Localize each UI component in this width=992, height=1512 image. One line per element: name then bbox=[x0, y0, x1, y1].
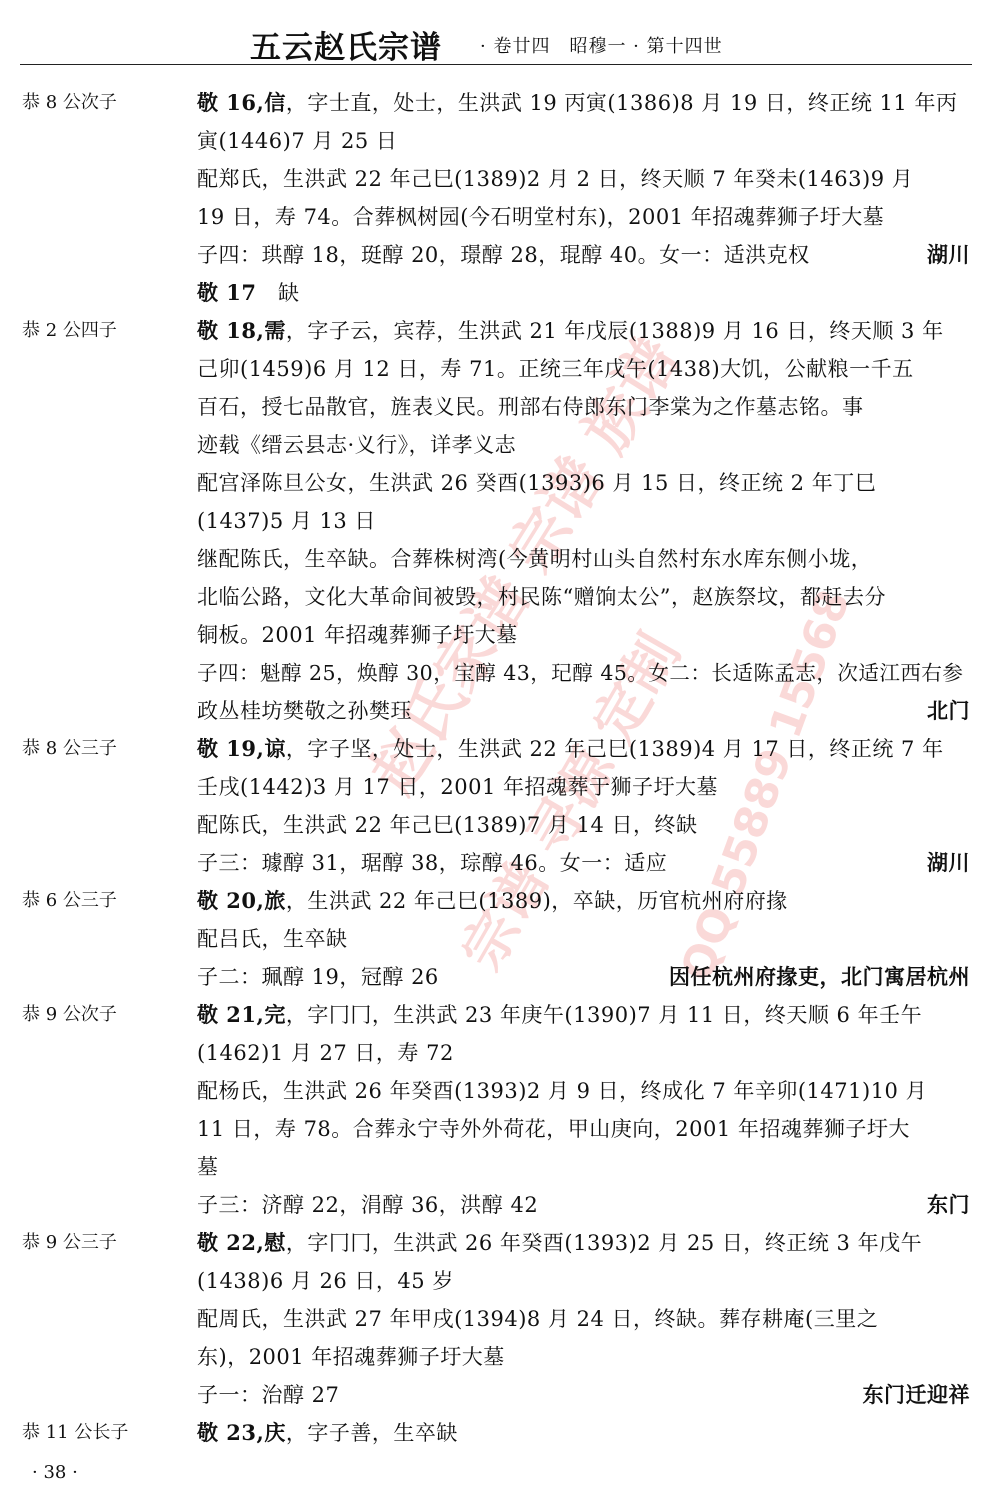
generation-number: 敬 22, bbox=[197, 1230, 264, 1255]
line-text: 继配陈氏，生卒缺。合葬株树湾(今黄明村山头自然村东水库东侧小垅， bbox=[197, 547, 872, 571]
entry-line: 政丛桂坊樊敬之孙樊珏北门 bbox=[197, 692, 970, 730]
line-text: 子四：魁醇 25，焕醇 30，宝醇 43，玘醇 45。女二：长适陈孟志，次适江西… bbox=[197, 661, 963, 685]
line-text: ，字冂冂，生洪武 23 年庚午(1390)7 月 11 日，终天顺 6 年壬午 bbox=[286, 1003, 922, 1027]
entry-line: 配郑氏，生洪武 22 年己巳(1389)2 月 2 日，终天顺 7 年癸未(14… bbox=[197, 160, 970, 198]
entry-line: 子三：璩醇 31，琚醇 38，琮醇 46。女一：适应湖川 bbox=[197, 844, 970, 882]
entry-line: 东)，2001 年招魂葬狮子圩大墓 bbox=[197, 1338, 970, 1376]
line-text: 配宫泽陈旦公女，生洪武 26 癸酉(1393)6 月 15 日，终正统 2 年丁… bbox=[197, 471, 876, 495]
generation-number: 敬 18, bbox=[197, 318, 264, 343]
genealogy-entry: 恭 9 公次子敬 21,完，字冂冂，生洪武 23 年庚午(1390)7 月 11… bbox=[0, 996, 992, 1224]
page-header: 五云赵氏宗谱 · 卷廿四 昭穆一 · 第十四世 bbox=[0, 18, 992, 64]
entry-line: 子三：济醇 22，涓醇 36，洪醇 42东门 bbox=[197, 1186, 970, 1224]
book-title: 五云赵氏宗谱 bbox=[250, 22, 442, 67]
line-text: ，字冂冂，生洪武 26 年癸酉(1393)2 月 25 日，终正统 3 年戊午 bbox=[286, 1231, 922, 1255]
person-name: 谅 bbox=[264, 736, 286, 761]
generation-number: 敬 17 bbox=[197, 280, 257, 305]
generation-number: 敬 21, bbox=[197, 1002, 264, 1027]
person-name: 庆 bbox=[264, 1420, 286, 1445]
person-name: 慰 bbox=[264, 1230, 286, 1255]
genealogy-entry: 恭 8 公次子敬 16,信，字士直，处士，生洪武 19 丙寅(1386)8 月 … bbox=[0, 84, 992, 274]
residence-label: 湖川 bbox=[927, 844, 970, 882]
entry-body: 敬 16,信，字士直，处士，生洪武 19 丙寅(1386)8 月 19 日，终正… bbox=[197, 84, 970, 274]
parent-label: 恭 2 公四子 bbox=[22, 312, 192, 350]
header-rule bbox=[20, 64, 972, 65]
line-text: 壬戌(1442)3 月 17 日，2001 年招魂葬于狮子圩大墓 bbox=[197, 775, 718, 799]
generation-number: 敬 20, bbox=[197, 888, 264, 913]
genealogy-entry: 恭 2 公四子敬 18,需，字子云，宾荐，生洪武 21 年戊辰(1388)9 月… bbox=[0, 312, 992, 730]
entry-line: 19 日，寿 74。合葬枫树园(今石明堂村东)，2001 年招魂葬狮子圩大墓 bbox=[197, 198, 970, 236]
line-text: 配郑氏，生洪武 22 年己巳(1389)2 月 2 日，终天顺 7 年癸未(14… bbox=[197, 167, 913, 191]
entry-body: 敬 21,完，字冂冂，生洪武 23 年庚午(1390)7 月 11 日，终天顺 … bbox=[197, 996, 970, 1224]
entry-line: 壬戌(1442)3 月 17 日，2001 年招魂葬于狮子圩大墓 bbox=[197, 768, 970, 806]
line-text: ，字子善，生卒缺 bbox=[286, 1421, 458, 1445]
residence-label: 湖川 bbox=[927, 236, 970, 274]
residence-label: 因任杭州府掾吏，北门寓居杭州 bbox=[669, 958, 970, 996]
entry-line: 配周氏，生洪武 27 年甲戌(1394)8 月 24 日，终缺。葬存耕庵(三里之 bbox=[197, 1300, 970, 1338]
line-text: 子四：珙醇 18，珽醇 20，璟醇 28，琨醇 40。女一：适洪克权 bbox=[197, 243, 810, 267]
parent-label: 恭 8 公次子 bbox=[22, 84, 192, 122]
line-text: 子三：璩醇 31，琚醇 38，琮醇 46。女一：适应 bbox=[197, 851, 667, 875]
entry-line: 敬 23,庆，字子善，生卒缺 bbox=[197, 1414, 970, 1452]
line-text: 铜板。2001 年招魂葬狮子圩大墓 bbox=[197, 623, 518, 647]
genealogy-entries: 恭 8 公次子敬 16,信，字士直，处士，生洪武 19 丙寅(1386)8 月 … bbox=[0, 84, 992, 1452]
line-text: 政丛桂坊樊敬之孙樊珏 bbox=[197, 699, 412, 723]
line-text: 北临公路，文化大革命间被毁，村民陈“赠饷太公”，赵族祭坟，都赶去分 bbox=[197, 585, 886, 609]
entry-body: 敬 19,谅，字子坚，处士，生洪武 22 年己巳(1389)4 月 17 日，终… bbox=[197, 730, 970, 882]
entry-line: 配陈氏，生洪武 22 年己巳(1389)7 月 14 日，终缺 bbox=[197, 806, 970, 844]
entry-line: 寅(1446)7 月 25 日 bbox=[197, 122, 970, 160]
line-text: 百石，授七品散官，旌表义民。刑部右侍郎东门李棠为之作墓志铭。事 bbox=[197, 395, 864, 419]
entry-line: 11 日，寿 78。合葬永宁寺外外荷花，甲山庚向，2001 年招魂葬狮子圩大 bbox=[197, 1110, 970, 1148]
residence-label: 东门 bbox=[927, 1186, 970, 1224]
entry-body: 敬 18,需，字子云，宾荐，生洪武 21 年戊辰(1388)9 月 16 日，终… bbox=[197, 312, 970, 730]
parent-label: 恭 8 公三子 bbox=[22, 730, 192, 768]
line-text: 迹载《缙云县志·义行》，详孝义志 bbox=[197, 433, 516, 457]
line-text: 子三：济醇 22，涓醇 36，洪醇 42 bbox=[197, 1193, 538, 1217]
parent-label: 恭 6 公三子 bbox=[22, 882, 192, 920]
person-name: 信 bbox=[264, 90, 286, 115]
line-text: ，字士直，处士，生洪武 19 丙寅(1386)8 月 19 日，终正统 11 年… bbox=[286, 91, 958, 115]
line-text: ，字子坚，处士，生洪武 22 年己巳(1389)4 月 17 日，终正统 7 年 bbox=[286, 737, 944, 761]
line-text: 配杨氏，生洪武 26 年癸酉(1393)2 月 9 日，终成化 7 年辛卯(14… bbox=[197, 1079, 927, 1103]
entry-line: (1462)1 月 27 日，寿 72 bbox=[197, 1034, 970, 1072]
residence-label: 北门 bbox=[927, 692, 970, 730]
line-text: ，生洪武 22 年己巳(1389)，卒缺，历官杭州府府掾 bbox=[286, 889, 788, 913]
person-name: 需 bbox=[264, 318, 286, 343]
entry-line: 敬 16,信，字士直，处士，生洪武 19 丙寅(1386)8 月 19 日，终正… bbox=[197, 84, 970, 122]
line-text: ，字子云，宾荐，生洪武 21 年戊辰(1388)9 月 16 日，终天顺 3 年 bbox=[286, 319, 944, 343]
person-name: 旅 bbox=[264, 888, 286, 913]
entry-line: 配吕氏，生卒缺 bbox=[197, 920, 970, 958]
genealogy-entry: 恭 6 公三子敬 20,旅，生洪武 22 年己巳(1389)，卒缺，历官杭州府府… bbox=[0, 882, 992, 996]
entry-line: 子四：珙醇 18，珽醇 20，璟醇 28，琨醇 40。女一：适洪克权湖川 bbox=[197, 236, 970, 274]
parent-label: 恭 11 公长子 bbox=[22, 1414, 192, 1452]
line-text: 墓 bbox=[197, 1155, 219, 1179]
generation-number: 敬 23, bbox=[197, 1420, 264, 1445]
entry-line: 百石，授七品散官，旌表义民。刑部右侍郎东门李棠为之作墓志铭。事 bbox=[197, 388, 970, 426]
entry-line: 敬 20,旅，生洪武 22 年己巳(1389)，卒缺，历官杭州府府掾 bbox=[197, 882, 970, 920]
entry-line: (1437)5 月 13 日 bbox=[197, 502, 970, 540]
line-text: 配陈氏，生洪武 22 年己巳(1389)7 月 14 日，终缺 bbox=[197, 813, 698, 837]
genealogy-entry: 恭 8 公三子敬 19,谅，字子坚，处士，生洪武 22 年己巳(1389)4 月… bbox=[0, 730, 992, 882]
entry-line: 迹载《缙云县志·义行》，详孝义志 bbox=[197, 426, 970, 464]
entry-line: 配杨氏，生洪武 26 年癸酉(1393)2 月 9 日，终成化 7 年辛卯(14… bbox=[197, 1072, 970, 1110]
line-text: (1438)6 月 26 日，45 岁 bbox=[197, 1269, 454, 1293]
residence-label: 东门迁迎祥 bbox=[863, 1376, 971, 1414]
entry-line: (1438)6 月 26 日，45 岁 bbox=[197, 1262, 970, 1300]
generation-number: 敬 16, bbox=[197, 90, 264, 115]
line-text: 缺 bbox=[257, 281, 300, 305]
entry-line: 继配陈氏，生卒缺。合葬株树湾(今黄明村山头自然村东水库东侧小垅， bbox=[197, 540, 970, 578]
volume-subtitle: · 卷廿四 昭穆一 · 第十四世 bbox=[480, 32, 723, 58]
line-text: 子一：治醇 27 bbox=[197, 1383, 339, 1407]
entry-line: 敬 19,谅，字子坚，处士，生洪武 22 年己巳(1389)4 月 17 日，终… bbox=[197, 730, 970, 768]
entry-line: 子四：魁醇 25，焕醇 30，宝醇 43，玘醇 45。女二：长适陈孟志，次适江西… bbox=[197, 654, 970, 692]
genealogy-entry: 恭 9 公三子敬 22,慰，字冂冂，生洪武 26 年癸酉(1393)2 月 25… bbox=[0, 1224, 992, 1414]
entry-line: 敬 17 缺 bbox=[197, 274, 970, 312]
entry-body: 敬 17 缺 bbox=[197, 274, 970, 312]
entry-line: 己卯(1459)6 月 12 日，寿 71。正统三年戊午(1438)大饥，公献粮… bbox=[197, 350, 970, 388]
line-text: (1437)5 月 13 日 bbox=[197, 509, 376, 533]
page-number: · 38 · bbox=[32, 1462, 78, 1483]
line-text: (1462)1 月 27 日，寿 72 bbox=[197, 1041, 454, 1065]
line-text: 子二：珮醇 19，冠醇 26 bbox=[197, 965, 439, 989]
line-text: 19 日，寿 74。合葬枫树园(今石明堂村东)，2001 年招魂葬狮子圩大墓 bbox=[197, 205, 884, 229]
entry-line: 北临公路，文化大革命间被毁，村民陈“赠饷太公”，赵族祭坟，都赶去分 bbox=[197, 578, 970, 616]
generation-number: 敬 19, bbox=[197, 736, 264, 761]
entry-body: 敬 23,庆，字子善，生卒缺 bbox=[197, 1414, 970, 1452]
genealogy-entry: 恭 11 公长子敬 23,庆，字子善，生卒缺 bbox=[0, 1414, 992, 1452]
entry-body: 敬 22,慰，字冂冂，生洪武 26 年癸酉(1393)2 月 25 日，终正统 … bbox=[197, 1224, 970, 1414]
person-name: 完 bbox=[264, 1002, 286, 1027]
genealogy-entry: 敬 17 缺 bbox=[0, 274, 992, 312]
parent-label: 恭 9 公次子 bbox=[22, 996, 192, 1034]
line-text: 11 日，寿 78。合葬永宁寺外外荷花，甲山庚向，2001 年招魂葬狮子圩大 bbox=[197, 1117, 910, 1141]
line-text: 寅(1446)7 月 25 日 bbox=[197, 129, 397, 153]
entry-line: 敬 22,慰，字冂冂，生洪武 26 年癸酉(1393)2 月 25 日，终正统 … bbox=[197, 1224, 970, 1262]
entry-line: 墓 bbox=[197, 1148, 970, 1186]
line-text: 东)，2001 年招魂葬狮子圩大墓 bbox=[197, 1345, 505, 1369]
entry-line: 配宫泽陈旦公女，生洪武 26 癸酉(1393)6 月 15 日，终正统 2 年丁… bbox=[197, 464, 970, 502]
entry-body: 敬 20,旅，生洪武 22 年己巳(1389)，卒缺，历官杭州府府掾配吕氏，生卒… bbox=[197, 882, 970, 996]
line-text: 己卯(1459)6 月 12 日，寿 71。正统三年戊午(1438)大饥，公献粮… bbox=[197, 357, 914, 381]
entry-line: 敬 21,完，字冂冂，生洪武 23 年庚午(1390)7 月 11 日，终天顺 … bbox=[197, 996, 970, 1034]
line-text: 配吕氏，生卒缺 bbox=[197, 927, 348, 951]
entry-line: 子二：珮醇 19，冠醇 26因任杭州府掾吏，北门寓居杭州 bbox=[197, 958, 970, 996]
line-text: 配周氏，生洪武 27 年甲戌(1394)8 月 24 日，终缺。葬存耕庵(三里之 bbox=[197, 1307, 878, 1331]
parent-label: 恭 9 公三子 bbox=[22, 1224, 192, 1262]
entry-line: 敬 18,需，字子云，宾荐，生洪武 21 年戊辰(1388)9 月 16 日，终… bbox=[197, 312, 970, 350]
entry-line: 铜板。2001 年招魂葬狮子圩大墓 bbox=[197, 616, 970, 654]
entry-line: 子一：治醇 27东门迁迎祥 bbox=[197, 1376, 970, 1414]
